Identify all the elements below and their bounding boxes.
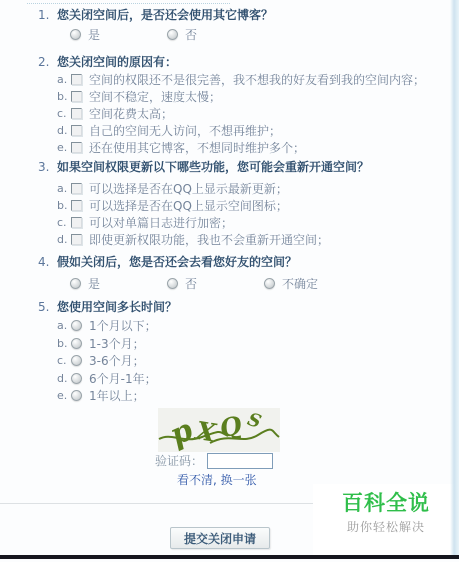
question-title: 您关闭空间后，是否还会使用其它博客？ bbox=[57, 8, 273, 22]
checkbox-icon[interactable] bbox=[71, 125, 82, 136]
checkbox-icon[interactable] bbox=[71, 183, 82, 194]
question-number: 4. bbox=[38, 255, 57, 269]
radio-icon[interactable] bbox=[167, 278, 178, 289]
radio-icon[interactable] bbox=[70, 29, 81, 40]
question-number: 5. bbox=[38, 300, 57, 314]
question-title: 假如关闭后，您是否还会去看您好友的空间？ bbox=[57, 255, 297, 269]
radio-icon[interactable] bbox=[71, 320, 82, 331]
q4-option-yes[interactable]: 是 bbox=[70, 275, 167, 292]
captcha-label: 验证码： bbox=[155, 452, 203, 469]
question-5: 5. 您使用空间多长时间？ a. 1个月以下； b. 1-3个月； c. 3-6… bbox=[0, 300, 450, 405]
question-title: 如果空间权限更新以下哪些功能，您可能会重新开通空间？ bbox=[57, 160, 369, 174]
question-3: 3. 如果空间权限更新以下哪些功能，您可能会重新开通空间？ a. 可以选择是否在… bbox=[0, 160, 450, 248]
question-1: 1. 您关闭空间后，是否还会使用其它博客？ 是 否 bbox=[0, 8, 450, 43]
q4-option-unsure[interactable]: 不确定 bbox=[264, 275, 361, 292]
checkbox-icon[interactable] bbox=[71, 200, 82, 211]
checkbox-icon[interactable] bbox=[71, 142, 82, 153]
watermark-title: 百科全说 bbox=[313, 490, 459, 516]
q5-option-c[interactable]: c. 3-6个月； bbox=[0, 352, 450, 370]
submit-close-request-button[interactable]: 提交关闭申请 bbox=[170, 527, 270, 549]
q1-option-yes[interactable]: 是 bbox=[70, 26, 167, 43]
q3-option-a[interactable]: a. 可以选择是否在QQ上显示最新更新； bbox=[0, 180, 450, 197]
q3-option-c[interactable]: c. 可以对单篇日志进行加密； bbox=[0, 214, 450, 231]
question-number: 3. bbox=[38, 160, 57, 174]
q3-option-d[interactable]: d. 即使更新权限功能，我也不会重新开通空间； bbox=[0, 231, 450, 248]
q1-option-no[interactable]: 否 bbox=[167, 26, 264, 43]
q5-option-b[interactable]: b. 1-3个月； bbox=[0, 335, 450, 353]
radio-icon[interactable] bbox=[71, 338, 82, 349]
question-2: 2. 您关闭空间的原因有： a. 空间的权限还不是很完善，我不想我的好友看到我的… bbox=[0, 55, 450, 156]
radio-icon[interactable] bbox=[71, 355, 82, 366]
question-number: 1. bbox=[38, 8, 57, 22]
radio-icon[interactable] bbox=[71, 390, 82, 401]
question-number: 2. bbox=[38, 55, 57, 69]
q2-option-c[interactable]: c. 空间花费太高； bbox=[0, 105, 450, 122]
q5-option-d[interactable]: d. 6个月-1年； bbox=[0, 370, 450, 388]
q2-option-b[interactable]: b. 空间不稳定，速度太慢； bbox=[0, 88, 450, 105]
q2-option-e[interactable]: e. 还在使用其它博客，不想同时维护多个； bbox=[0, 139, 450, 156]
q4-option-no[interactable]: 否 bbox=[167, 275, 264, 292]
radio-icon[interactable] bbox=[70, 278, 81, 289]
close-space-survey-form: 1. 您关闭空间后，是否还会使用其它博客？ 是 否 2. 您关闭空间的原因有： … bbox=[0, 0, 459, 562]
checkbox-icon[interactable] bbox=[71, 108, 82, 119]
question-title: 您使用空间多长时间？ bbox=[57, 300, 177, 314]
radio-icon[interactable] bbox=[264, 278, 275, 289]
q5-option-a[interactable]: a. 1个月以下； bbox=[0, 317, 450, 335]
checkbox-icon[interactable] bbox=[71, 234, 82, 245]
checkbox-icon[interactable] bbox=[71, 91, 82, 102]
q3-option-b[interactable]: b. 可以选择是否在QQ上显示空间图标； bbox=[0, 197, 450, 214]
watermark-box: 百科全说 助你轻松解决 bbox=[313, 484, 459, 555]
q2-option-a[interactable]: a. 空间的权限还不是很完善，我不想我的好友看到我的空间内容； bbox=[0, 71, 450, 88]
question-4: 4. 假如关闭后，您是否还会去看您好友的空间？ 是 否 不确定 bbox=[0, 255, 450, 292]
radio-icon[interactable] bbox=[71, 373, 82, 384]
checkbox-icon[interactable] bbox=[71, 217, 82, 228]
captcha-refresh-link[interactable]: 看不清, 换一张 bbox=[177, 471, 257, 488]
dotted-divider bbox=[27, 3, 230, 4]
question-title: 您关闭空间的原因有： bbox=[57, 55, 177, 69]
watermark-subtitle: 助你轻松解决 bbox=[313, 518, 459, 535]
captcha-image: p X Q S bbox=[158, 408, 280, 452]
q2-option-d[interactable]: d. 自己的空间无人访问，不想再维护； bbox=[0, 122, 450, 139]
captcha-row: 验证码： bbox=[155, 452, 273, 469]
radio-icon[interactable] bbox=[167, 29, 178, 40]
checkbox-icon[interactable] bbox=[71, 74, 82, 85]
captcha-input[interactable] bbox=[207, 453, 273, 469]
right-edge-strip bbox=[450, 0, 459, 556]
bottom-dark-bar bbox=[0, 555, 459, 559]
q5-option-e[interactable]: e. 1年以上； bbox=[0, 387, 450, 405]
